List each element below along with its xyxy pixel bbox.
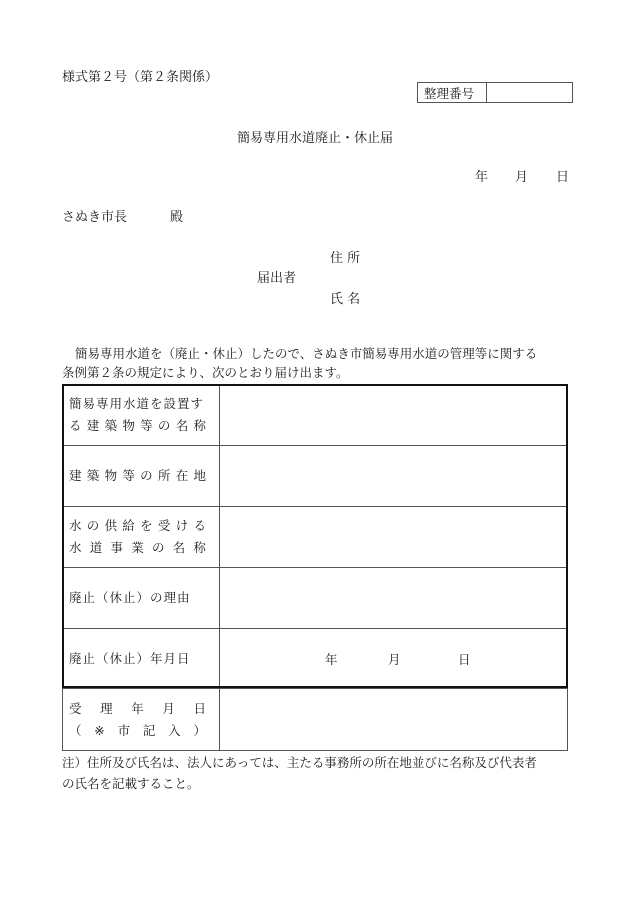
row-label-line: 建築物等の所在地 — [69, 465, 207, 487]
footnote-line-2: の氏名を記載すること。 — [62, 773, 572, 794]
abolition-date-field[interactable]: 年 月 日 — [220, 629, 568, 689]
addressee-name: さぬき市長 — [62, 206, 127, 225]
building-location-field[interactable] — [220, 446, 568, 507]
footnote: 注）住所及び氏名は、法人にあっては、主たる事務所の所在地並びに名称及び代表者 の… — [62, 752, 572, 794]
row-label-line: 水道事業の名称 — [69, 537, 207, 559]
water-utility-field[interactable] — [220, 507, 568, 568]
footnote-line-1: 注）住所及び氏名は、法人にあっては、主たる事務所の所在地並びに名称及び代表者 — [62, 752, 572, 773]
reason-field[interactable] — [220, 568, 568, 629]
row-label-line: （※市記入） — [69, 720, 207, 742]
body-line-1: 簡易専用水道を（廃止・休止）したので、さぬき市簡易専用水道の管理等に関する — [62, 344, 572, 363]
date-year: 年 — [475, 166, 488, 185]
table-row: 水の供給を受ける 水道事業の名称 — [63, 507, 568, 568]
address-label: 住 所 — [330, 247, 360, 266]
row-label-line: る建築物等の名称 — [69, 415, 207, 437]
row-label: 廃止（休止）の理由 — [63, 568, 220, 629]
row-label: 建築物等の所在地 — [63, 446, 220, 507]
applicant-label: 届出者 — [257, 267, 296, 286]
row-label-line: 廃止（休止）年月日 — [69, 648, 219, 670]
receipt-date-field[interactable] — [220, 689, 568, 751]
body-paragraph: 簡易専用水道を（廃止・休止）したので、さぬき市簡易専用水道の管理等に関する 条例… — [62, 344, 572, 382]
table-row: 簡易専用水道を設置す る建築物等の名称 — [63, 385, 568, 446]
reference-number-label: 整理番号 — [418, 83, 487, 102]
row-label-line: 簡易専用水道を設置す — [69, 393, 219, 415]
table-row: 建築物等の所在地 — [63, 446, 568, 507]
abolition-date-year: 年 — [325, 650, 338, 668]
row-label-line: 水の供給を受ける — [69, 515, 207, 537]
row-label-line: 廃止（休止）の理由 — [69, 587, 219, 609]
document-title: 簡易専用水道廃止・休止届 — [0, 127, 630, 146]
row-label-line: 受理年月日 — [69, 698, 207, 720]
form-table: 簡易専用水道を設置す る建築物等の名称 建築物等の所在地 水の供給を受ける 水道… — [62, 384, 568, 751]
row-label: 受理年月日 （※市記入） — [63, 689, 220, 751]
date-day: 日 — [556, 166, 569, 185]
row-label: 簡易専用水道を設置す る建築物等の名称 — [63, 385, 220, 446]
reference-number-box: 整理番号 — [417, 82, 573, 103]
abolition-date-day: 日 — [458, 650, 471, 668]
building-name-field[interactable] — [220, 385, 568, 446]
table-row: 受理年月日 （※市記入） — [63, 689, 568, 751]
table-row: 廃止（休止）の理由 — [63, 568, 568, 629]
reference-number-field[interactable] — [487, 83, 572, 102]
body-line-2: 条例第２条の規定により、次のとおり届け出ます。 — [62, 363, 572, 382]
addressee-honorific: 殿 — [170, 206, 183, 225]
form-number: 様式第２号（第２条関係） — [62, 66, 218, 85]
abolition-date-month: 月 — [388, 650, 401, 668]
row-label: 廃止（休止）年月日 — [63, 629, 220, 689]
name-label: 氏 名 — [330, 288, 360, 307]
table-row: 廃止（休止）年月日 年 月 日 — [63, 629, 568, 689]
row-label: 水の供給を受ける 水道事業の名称 — [63, 507, 220, 568]
date-month: 月 — [515, 166, 528, 185]
